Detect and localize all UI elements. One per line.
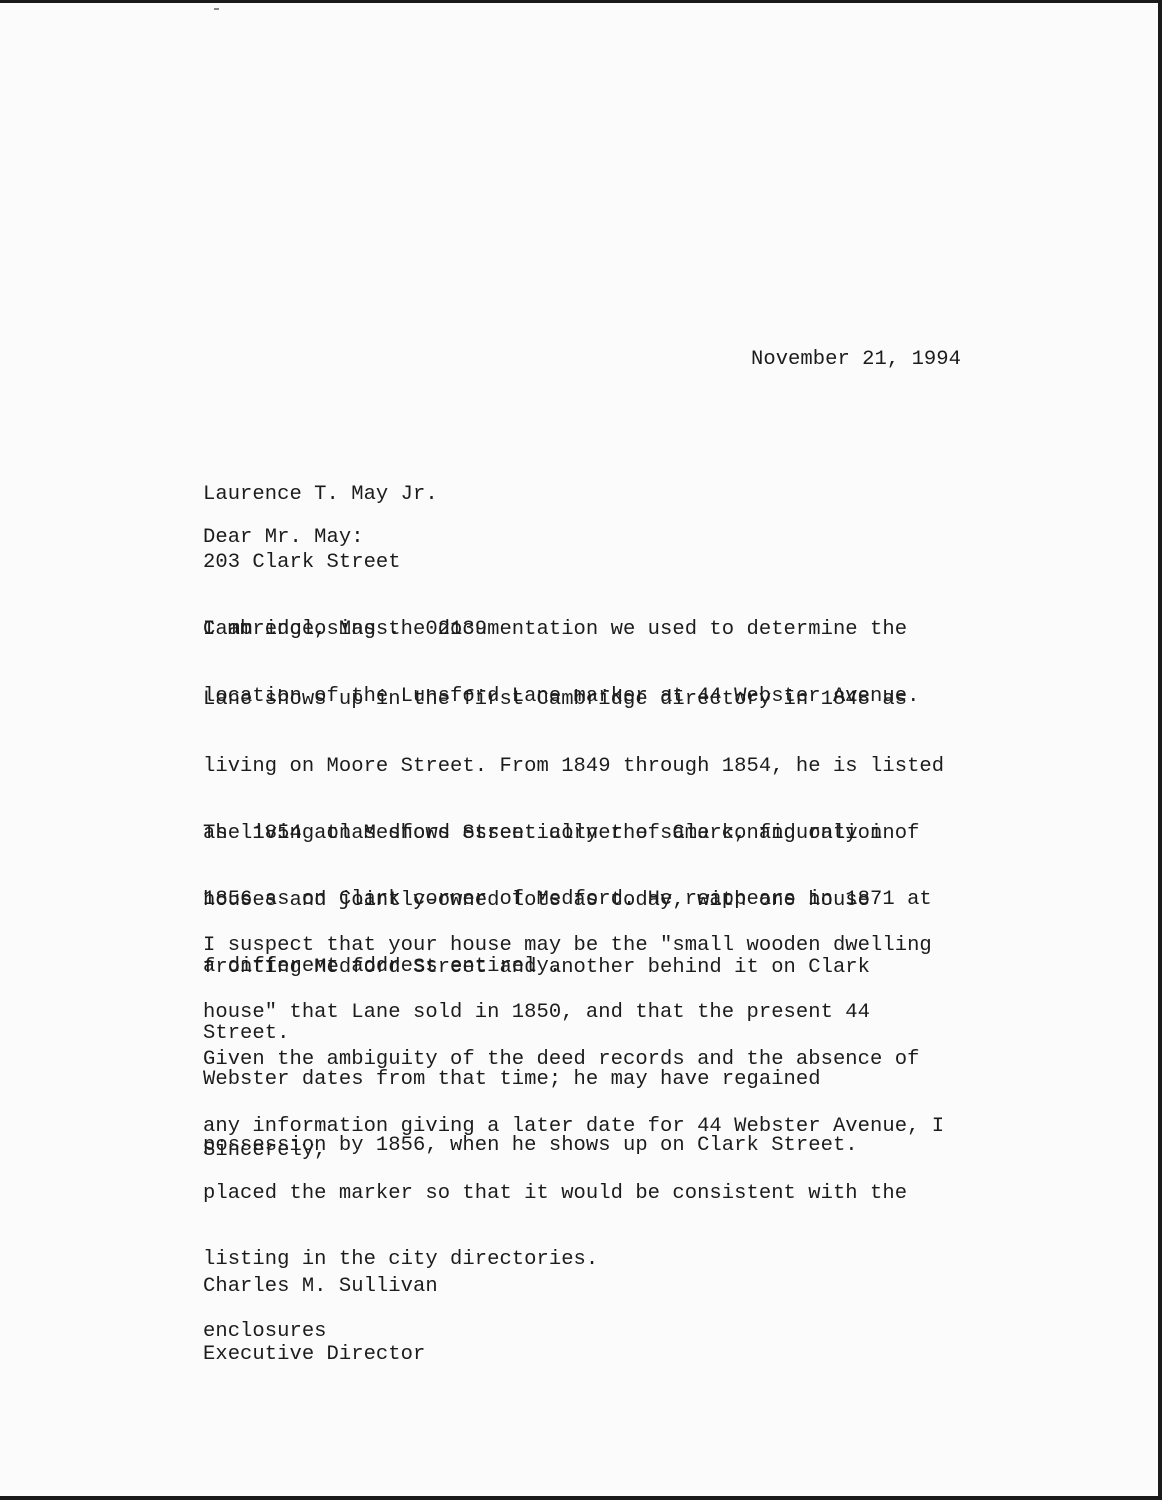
paragraph-line: any information giving a later date for … (203, 1116, 944, 1138)
paragraph-line: living on Moore Street. From 1849 throug… (203, 756, 944, 778)
salutation: Dear Mr. May: (203, 527, 364, 550)
recipient-name: Laurence T. May Jr. (203, 484, 487, 507)
paragraph-line: I suspect that your house may be the "sm… (203, 935, 932, 957)
letter-date: November 21, 1994 (751, 349, 961, 371)
paragraph-line: I am enclosing the documentation we used… (203, 619, 919, 641)
closing: Sincerely, (203, 1140, 327, 1163)
letter-page: November 21, 1994 Laurence T. May Jr. 20… (0, 3, 1158, 1496)
scan-artifact-mark (214, 8, 219, 10)
paragraph-line: The 1854 atlas shows essentially the sam… (203, 823, 919, 845)
signer-title: Executive Director (203, 1344, 438, 1367)
paragraph-line: Lane shows up in the first Cambridge dir… (203, 689, 944, 711)
signer-name: Charles M. Sullivan (203, 1276, 438, 1299)
paragraph-line: Given the ambiguity of the deed records … (203, 1049, 944, 1071)
enclosure-note: enclosures (203, 1321, 327, 1344)
paragraph-line: placed the marker so that it would be co… (203, 1183, 944, 1205)
recipient-street: 203 Clark Street (203, 552, 487, 575)
